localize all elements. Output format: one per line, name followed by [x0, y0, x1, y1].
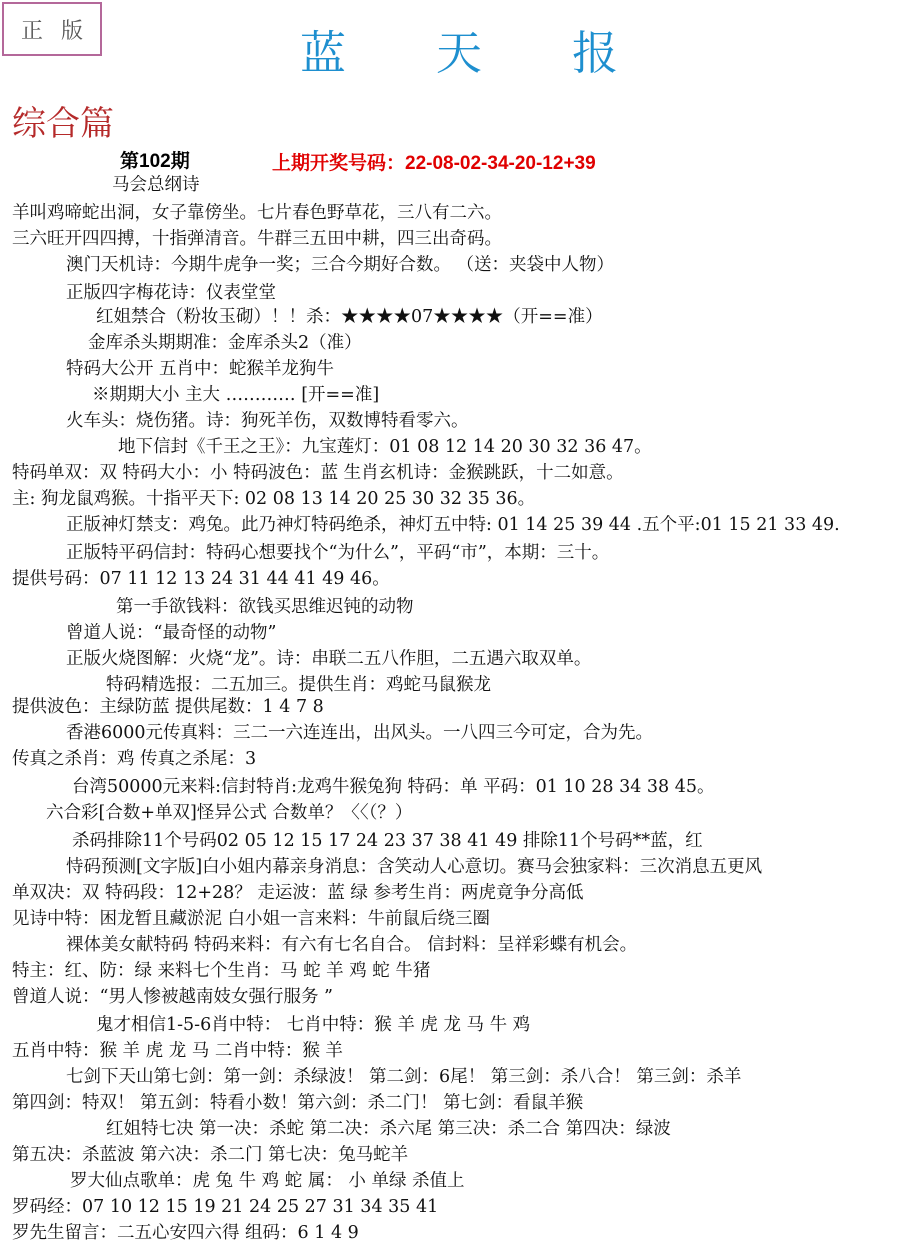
text-line: 杀码排除11个号码02 05 12 15 17 24 23 37 38 41 4…	[72, 830, 703, 852]
text-line: 第五决：杀蓝波 第六决：杀二门 第七决：兔马蛇羊	[12, 1144, 408, 1166]
text-line: 主: 狗龙鼠鸡猴。十指平天下: 02 08 13 14 20 25 30 32 …	[12, 488, 535, 510]
text-line: 红姐禁合（粉妆玉砌）！！杀：★★★★07★★★★（开==准）	[96, 306, 603, 328]
text-line: 裸体美女献特码 特码来料：有六有七名自合。 信封料：呈祥彩蝶有机会。	[66, 934, 637, 956]
masthead-title: 蓝 天 报	[300, 20, 620, 80]
text-line: ※期期大小 主大 ………… [开==准]	[92, 384, 379, 406]
text-line: 第四剑：特双！ 第五剑：特看小数！第六剑：杀二门！ 第七剑：看鼠羊猴	[12, 1092, 583, 1114]
text-line: 特码大公开 五肖中：蛇猴羊龙狗牛	[66, 358, 334, 380]
text-line: 正版火烧图解：火烧“龙”。诗：串联二五八作胆，二五遇六取双单。	[66, 648, 591, 670]
masthead-char-1: 蓝	[300, 17, 348, 83]
text-line: 五肖中特：猴 羊 虎 龙 马 二肖中特：猴 羊	[12, 1040, 343, 1062]
text-line: 第一手欲钱料：欲钱买思维迟钝的动物	[116, 596, 414, 618]
text-line: 香港6000元传真料：三二一六连连出，出风头。一八四三今可定，合为先。	[66, 722, 653, 744]
text-line: 罗先生留言：二五心安四六得 组码：6 1 4 9	[12, 1222, 359, 1243]
text-line: 金库杀头期期准：金库杀头2（准）	[88, 332, 362, 354]
text-line: 红姐特七决 第一决：杀蛇 第二决：杀六尾 第三决：杀二合 第四决：绿波	[106, 1118, 671, 1140]
text-line: 罗大仙点歌单：虎 兔 牛 鸡 蛇 属： 小 单绿 杀值上	[70, 1170, 465, 1192]
text-line: 曾道人说：“最奇怪的动物”	[66, 622, 276, 644]
text-line: 马会总纲诗	[112, 174, 200, 196]
last-draw-numbers: 上期开奖号码：22-08-02-34-20-12+39	[272, 148, 596, 175]
text-line: 提供波色：主绿防蓝 提供尾数：1 4 7 8	[12, 696, 324, 718]
text-line: 地下信封《千王之王》：九宝莲灯：01 08 12 14 20 30 32 36 …	[118, 436, 652, 458]
authentic-badge: 正 版	[2, 2, 102, 56]
section-title: 综合篇	[12, 96, 114, 145]
text-line: 罗码经：07 10 12 15 19 21 24 25 27 31 34 35 …	[12, 1196, 438, 1218]
text-line: 三六旺开四四搏，十指弹清音。牛群三五田中耕，四三出奇码。	[12, 228, 502, 250]
badge-char-left: 正	[21, 14, 43, 45]
text-line: 特码单双：双 特码大小：小 特码波色：蓝 生肖玄机诗：金猴跳跃，十二如意。	[12, 462, 624, 484]
text-line: 见诗中特：困龙暂且藏淤泥 白小姐一言来料：牛前鼠后绕三圈	[12, 908, 490, 930]
text-line: 六合彩[合数+单双]怪异公式 合数单？〈〈（？）	[46, 802, 412, 824]
text-line: 火车头：烧伤猪。诗：狗死羊伤，双数博特看零六。	[66, 410, 469, 432]
text-line: 曾道人说：“男人惨被越南妓女强行服务 ”	[12, 986, 333, 1008]
text-line: 七剑下天山第七剑：第一剑：杀绿波！ 第二剑：6尾！ 第三剑：杀八合！ 第三剑：杀…	[66, 1066, 741, 1088]
text-line: 传真之杀肖：鸡 传真之杀尾：3	[12, 748, 256, 770]
issue-number: 第102期	[120, 146, 190, 173]
text-line: 正版神灯禁支：鸡兔。此乃神灯特码绝杀，神灯五中特: 01 14 25 39 44…	[66, 514, 840, 536]
text-line: 单双决：双 特码段：12+28？ 走运波：蓝 绿 参考生肖：两虎竟争分高低	[12, 882, 583, 904]
text-line: 恃码预测[文字版]白小姐内幕亲身消息：含笑动人心意切。赛马会独家料：三次消息五更…	[66, 856, 762, 878]
masthead-char-3: 报	[572, 17, 620, 83]
masthead-char-2: 天	[436, 17, 484, 83]
text-line: 鬼才相信1-5-6肖中特： 七肖中特：猴 羊 虎 龙 马 牛 鸡	[96, 1014, 530, 1036]
text-line: 正版四字梅花诗：仪表堂堂	[66, 282, 276, 304]
text-line: 澳门天机诗：今期牛虎争一奖；三合今期好合数。 （送：夹袋中人物）	[66, 254, 614, 276]
text-line: 特码精选报：二五加三。提供生肖：鸡蛇马鼠猴龙	[106, 674, 491, 696]
badge-char-right: 版	[61, 14, 83, 45]
text-line: 台湾50000元来料:信封特肖:龙鸡牛猴兔狗 特码：单 平码：01 10 28 …	[72, 776, 715, 798]
text-line: 正版特平码信封：特码心想要找个“为什么”，平码“市”，本期：三十。	[66, 542, 609, 564]
text-line: 特主：红、防：绿 来料七个生肖：马 蛇 羊 鸡 蛇 牛猪	[12, 960, 430, 982]
text-line: 羊叫鸡啼蛇出洞，女子靠傍坐。七片春色野草花，三八有二六。	[12, 202, 502, 224]
text-line: 提供号码：07 11 12 13 24 31 44 41 49 46。	[12, 568, 390, 590]
